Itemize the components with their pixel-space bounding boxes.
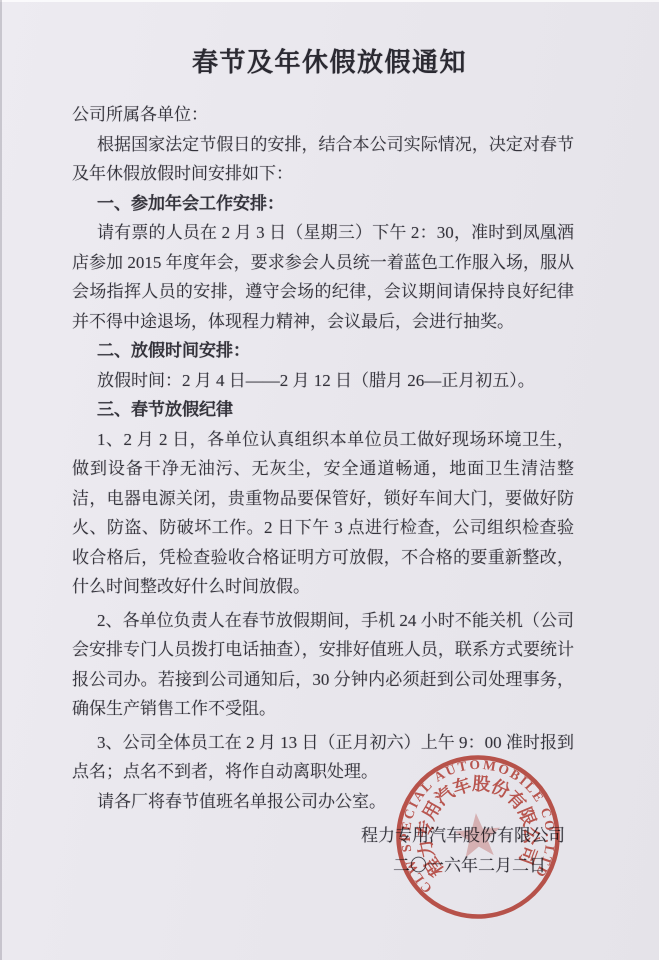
paragraph: 二、放假时间安排： xyxy=(72,336,574,366)
paragraph: 三、春节放假纪律 xyxy=(72,395,574,425)
page-title: 春节及年休假放假通知 xyxy=(0,44,659,82)
paragraph: 请有票的人员在 2 月 3 日（星期三）下午 2：30，准时到凤凰酒店参加 20… xyxy=(72,218,574,336)
scan-edge-left xyxy=(0,0,2,960)
paragraph: 2、各单位负责人在春节放假期间，手机 24 小时不能关机（公司会安排专门人员拨打… xyxy=(72,606,574,724)
star-icon xyxy=(453,811,502,858)
paragraph: 一、参加年会工作安排： xyxy=(72,189,574,219)
paragraph: 根据国家法定节假日的安排，结合本公司实际情况，决定对春节及年休假放假时间安排如下… xyxy=(72,130,574,189)
scanned-notice-page: 春节及年休假放假通知 公司所属各单位：根据国家法定节假日的安排，结合本公司实际情… xyxy=(0,0,659,960)
paragraph: 1、2 月 2 日，各单位认真组织本单位员工做好现场环境卫生，做到设备干净无油污… xyxy=(72,425,574,602)
paragraph: 放假时间：2 月 4 日——2 月 12 日（腊月 26—正月初五）。 xyxy=(72,366,574,396)
paragraph: 公司所属各单位： xyxy=(72,100,574,130)
company-seal: CLW SPECIAL AUTOMOBILE CO.,LTD 程力专用汽车股份有… xyxy=(383,742,574,933)
scan-edge-top xyxy=(0,0,659,2)
